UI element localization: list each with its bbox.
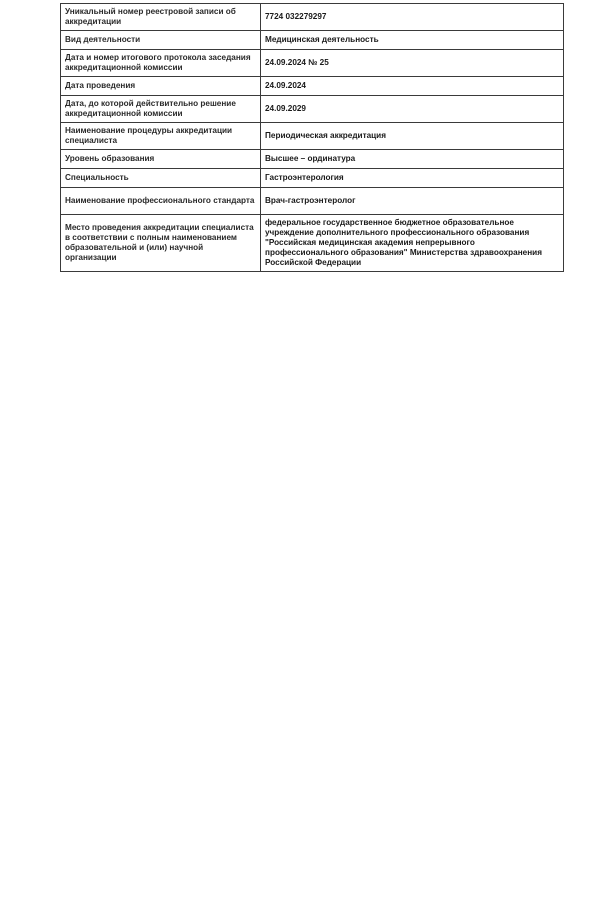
table-row-education-level: Уровень образования Высшее – ординатура <box>61 150 564 169</box>
row-label: Дата и номер итогового протокола заседан… <box>61 50 261 77</box>
table-row-procedure-name: Наименование процедуры аккредитации спец… <box>61 123 564 150</box>
row-value: 24.09.2024 № 25 <box>261 50 564 77</box>
row-value: Периодическая аккредитация <box>261 123 564 150</box>
row-label: Уровень образования <box>61 150 261 169</box>
row-label: Специальность <box>61 169 261 188</box>
row-label: Дата проведения <box>61 77 261 96</box>
row-label: Наименование профессионального стандарта <box>61 188 261 215</box>
table-row-activity-type: Вид деятельности Медицинская деятельност… <box>61 31 564 50</box>
table-row-protocol: Дата и номер итогового протокола заседан… <box>61 50 564 77</box>
table-row-professional-standard: Наименование профессионального стандарта… <box>61 188 564 215</box>
table-row-specialty: Специальность Гастроэнтерология <box>61 169 564 188</box>
row-value: Высшее – ординатура <box>261 150 564 169</box>
row-label: Наименование процедуры аккредитации спец… <box>61 123 261 150</box>
row-label: Место проведения аккредитации специалист… <box>61 215 261 272</box>
row-value: Гастроэнтерология <box>261 169 564 188</box>
table-row-registry-number: Уникальный номер реестровой записи об ак… <box>61 4 564 31</box>
row-label: Уникальный номер реестровой записи об ак… <box>61 4 261 31</box>
row-value: 7724 032279297 <box>261 4 564 31</box>
row-label: Вид деятельности <box>61 31 261 50</box>
row-value: Медицинская деятельность <box>261 31 564 50</box>
accreditation-info-table: Уникальный номер реестровой записи об ак… <box>60 3 564 272</box>
table-row-valid-until: Дата, до которой действительно решение а… <box>61 96 564 123</box>
row-value: Врач-гастроэнтеролог <box>261 188 564 215</box>
row-value: 24.09.2024 <box>261 77 564 96</box>
row-value: федеральное государственное бюджетное об… <box>261 215 564 272</box>
table-row-accreditation-place: Место проведения аккредитации специалист… <box>61 215 564 272</box>
row-value: 24.09.2029 <box>261 96 564 123</box>
table-row-date-held: Дата проведения 24.09.2024 <box>61 77 564 96</box>
row-label: Дата, до которой действительно решение а… <box>61 96 261 123</box>
